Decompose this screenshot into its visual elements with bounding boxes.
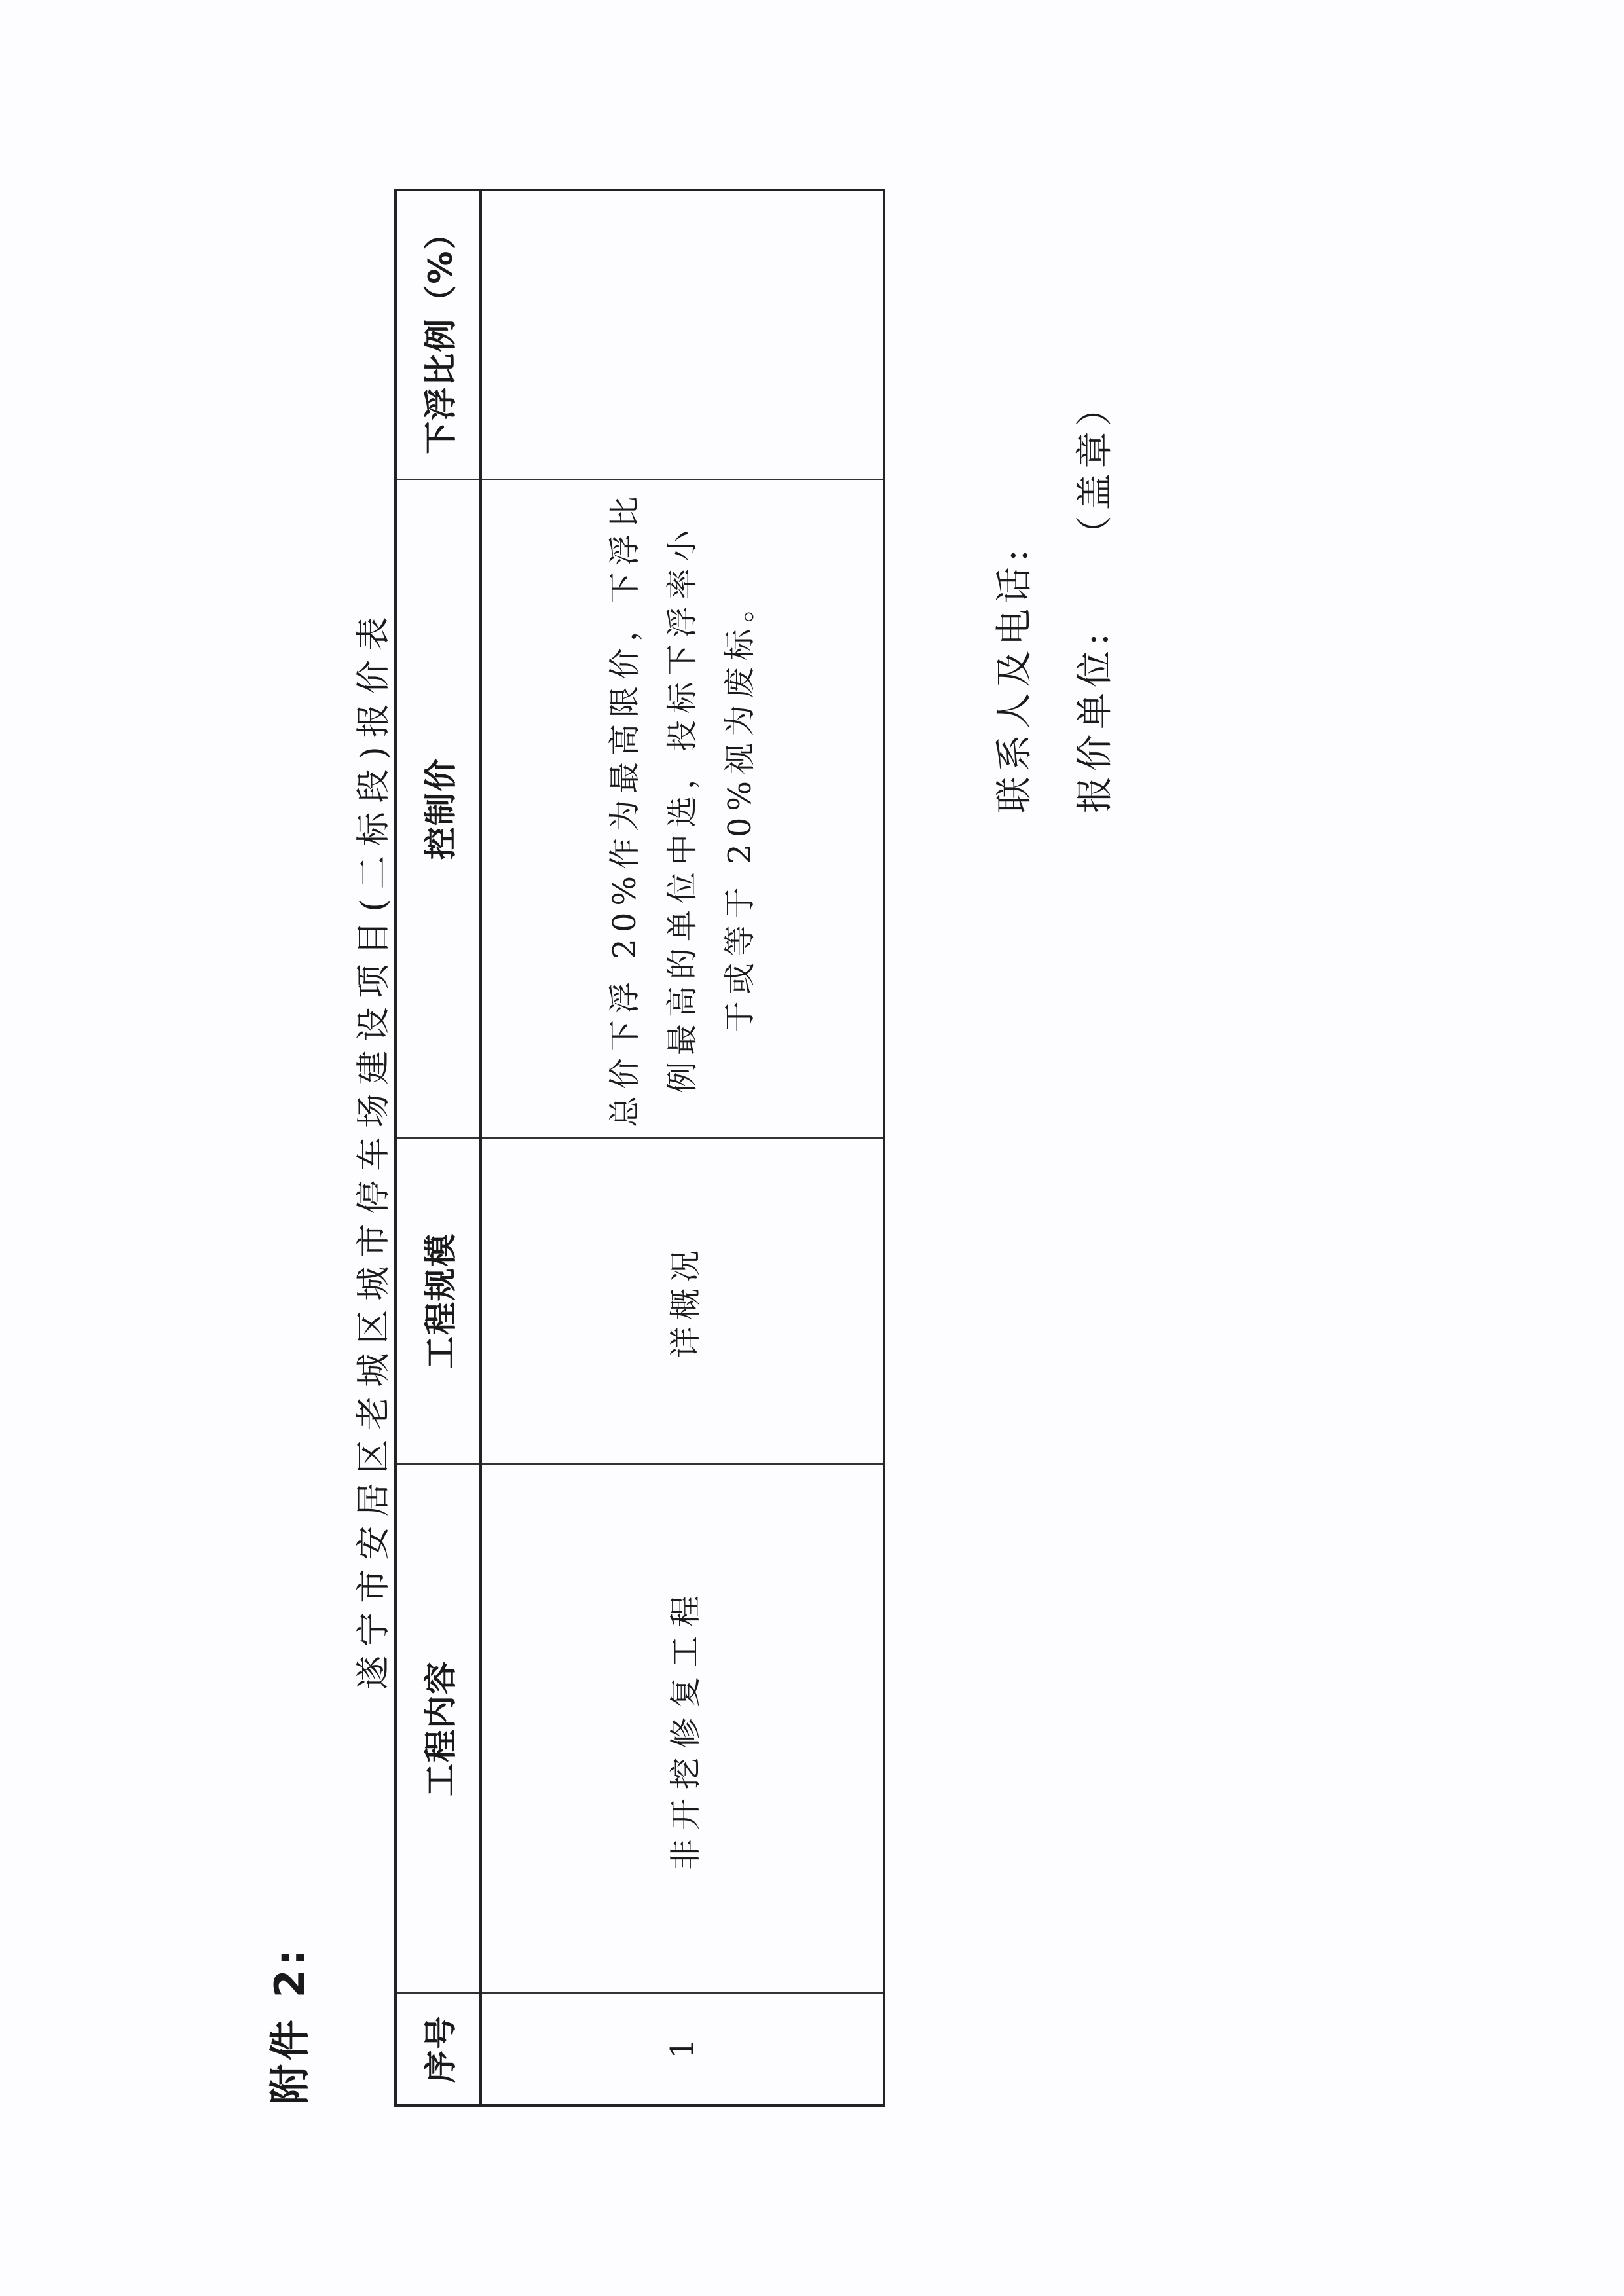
contact-person-phone-field[interactable]: 联系人及电话: [986,544,1038,813]
quoting-unit-field[interactable]: 报价单位: （盖章） [1066,384,1118,813]
cell-serial: 1 [481,1993,884,2105]
cell-project-content: 非开挖修复工程 [481,1464,884,1993]
cell-project-scale: 详概况 [481,1138,884,1464]
control-price-line: 例最高的单位中选，投标下浮率小 [654,480,711,1137]
header-project-content: 工程内容 [396,1464,481,1993]
header-control-price: 控制价 [396,479,481,1138]
cell-discount-ratio-input[interactable] [481,190,884,479]
header-serial: 序号 [396,1993,481,2105]
rotated-document-sheet: 附件 2: 遂宁市安居区老城区城市停车场建设项目(二标段)报价表 序号 工程内容… [0,0,1624,2296]
unit-label: 报价单位: [1074,628,1116,813]
header-project-scale: 工程规模 [396,1138,481,1464]
quotation-table: 序号 工程内容 工程规模 控制价 下浮比例（%） 1 非开挖修复工程 详概况 总… [394,189,885,2107]
seal-note: （盖章） [1074,384,1116,552]
attachment-label: 附件 2: [257,1945,316,2105]
cell-control-price: 总价下浮 20%作为最高限价，下浮比 例最高的单位中选，投标下浮率小 于或等于 … [481,479,884,1138]
table-header-row: 序号 工程内容 工程规模 控制价 下浮比例（%） [396,190,481,2105]
table-row: 1 非开挖修复工程 详概况 总价下浮 20%作为最高限价，下浮比 例最高的单位中… [481,190,884,2105]
header-discount-ratio: 下浮比例（%） [396,190,481,479]
document-title: 遂宁市安居区老城区城市停车场建设项目(二标段)报价表 [346,191,395,2106]
contact-label: 联系人及电话: [993,544,1036,813]
control-price-line: 总价下浮 20%作为最高限价，下浮比 [596,480,654,1137]
control-price-line: 于或等于 20%视为废标。 [711,480,769,1137]
